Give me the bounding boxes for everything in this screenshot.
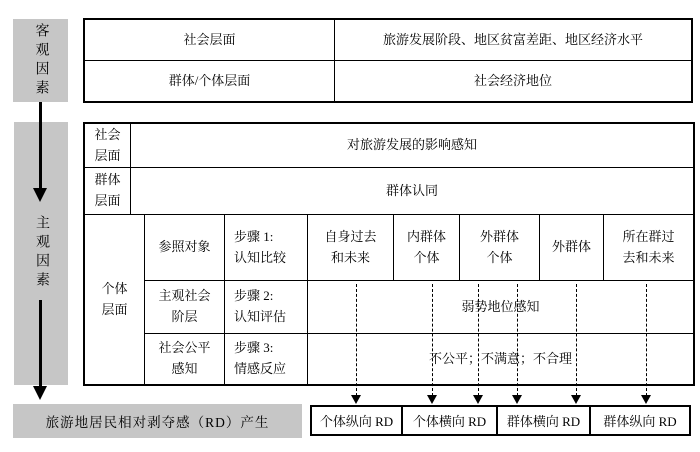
- dashed-arrow-4-head-icon: [512, 395, 522, 404]
- reference-object-label: 参照对象: [145, 215, 225, 281]
- social-level-content: 对旅游发展的影响感知: [131, 124, 693, 168]
- subjective-table: 社会 层面 对旅游发展的影响感知 群体 层面 群体认同 个体 层面 参照对象 步…: [83, 122, 695, 386]
- dashed-arrow-3-head-icon: [473, 395, 483, 404]
- arrow-subjective-head-icon: [33, 386, 47, 400]
- rd-box-individual-horizontal: 个体横向 RD: [401, 405, 498, 436]
- outcome-box: 旅游地居民相对剥夺感（RD）产生: [13, 404, 302, 438]
- ref-col-outgroup: 外群体: [540, 215, 604, 281]
- outcome-label: 旅游地居民相对剥夺感（RD）产生: [46, 411, 270, 431]
- ref-col-outgroup-individual: 外群体 个体: [460, 215, 540, 281]
- step2-cell: 步骤 2: 认知评估: [225, 281, 308, 334]
- emotional-reaction-cell: 不公平；不满意；不合理: [308, 334, 693, 384]
- step1-cell: 步骤 1: 认知比较: [225, 215, 308, 281]
- disadvantage-perception-cell: 弱势地位感知: [308, 281, 693, 334]
- dashed-arrow-2-line: [432, 284, 433, 396]
- objective-row2-level: 群体/个体层面: [85, 61, 335, 101]
- ref-col-owngroup-past-future: 所在群过 去和未来: [604, 215, 693, 281]
- dashed-arrow-2-head-icon: [427, 395, 437, 404]
- objective-row1-content: 旅游发展阶段、地区贫富差距、地区经济水平: [335, 20, 691, 61]
- objective-row2-content: 社会经济地位: [335, 61, 691, 101]
- subjective-factors-label: 主观因素: [34, 215, 48, 291]
- dashed-arrow-3-line: [478, 284, 479, 396]
- rd-box-group-horizontal: 群体横向 RD: [496, 405, 591, 436]
- rd-box-group-vertical: 群体纵向 RD: [589, 405, 691, 436]
- group-level-content: 群体认同: [131, 168, 693, 215]
- dashed-arrow-6-line: [646, 284, 647, 396]
- ref-col-ingroup-individual: 内群体 个体: [394, 215, 460, 281]
- dashed-arrow-4-line: [517, 284, 518, 396]
- step3-cell: 步骤 3: 情感反应: [225, 334, 308, 384]
- objective-factors-label: 客观因素: [34, 23, 48, 99]
- arrow-objective-line: [39, 102, 42, 190]
- diagram-canvas: 客观因素 主观因素 社会层面 旅游发展阶段、地区贫富差距、地区经济水平 群体/个…: [0, 0, 700, 452]
- subjective-factors-label-wrap: 主观因素: [14, 210, 68, 295]
- individual-level-label: 个体 层面: [85, 215, 145, 384]
- objective-row1-level: 社会层面: [85, 20, 335, 61]
- dashed-arrow-5-head-icon: [571, 395, 581, 404]
- dashed-arrow-5-line: [576, 284, 577, 396]
- subjective-class-label: 主观社会 阶层: [145, 281, 225, 334]
- social-fairness-label: 社会公平 感知: [145, 334, 225, 384]
- dashed-arrow-6-head-icon: [641, 395, 651, 404]
- objective-table: 社会层面 旅游发展阶段、地区贫富差距、地区经济水平 群体/个体层面 社会经济地位: [83, 18, 693, 103]
- dashed-arrow-1-head-icon: [351, 395, 361, 404]
- dashed-arrow-1-line: [356, 284, 357, 396]
- social-level-label: 社会 层面: [85, 124, 131, 168]
- ref-col-self-past-future: 自身过去 和未来: [308, 215, 394, 281]
- arrow-objective-head-icon: [33, 188, 47, 202]
- arrow-subjective-line: [39, 300, 42, 388]
- group-level-label: 群体 层面: [85, 168, 131, 215]
- rd-box-individual-vertical: 个体纵向 RD: [310, 405, 403, 436]
- rd-boxes-row: 个体纵向 RD 个体横向 RD 群体横向 RD 群体纵向 RD: [310, 405, 691, 436]
- objective-factors-box: 客观因素: [13, 19, 68, 102]
